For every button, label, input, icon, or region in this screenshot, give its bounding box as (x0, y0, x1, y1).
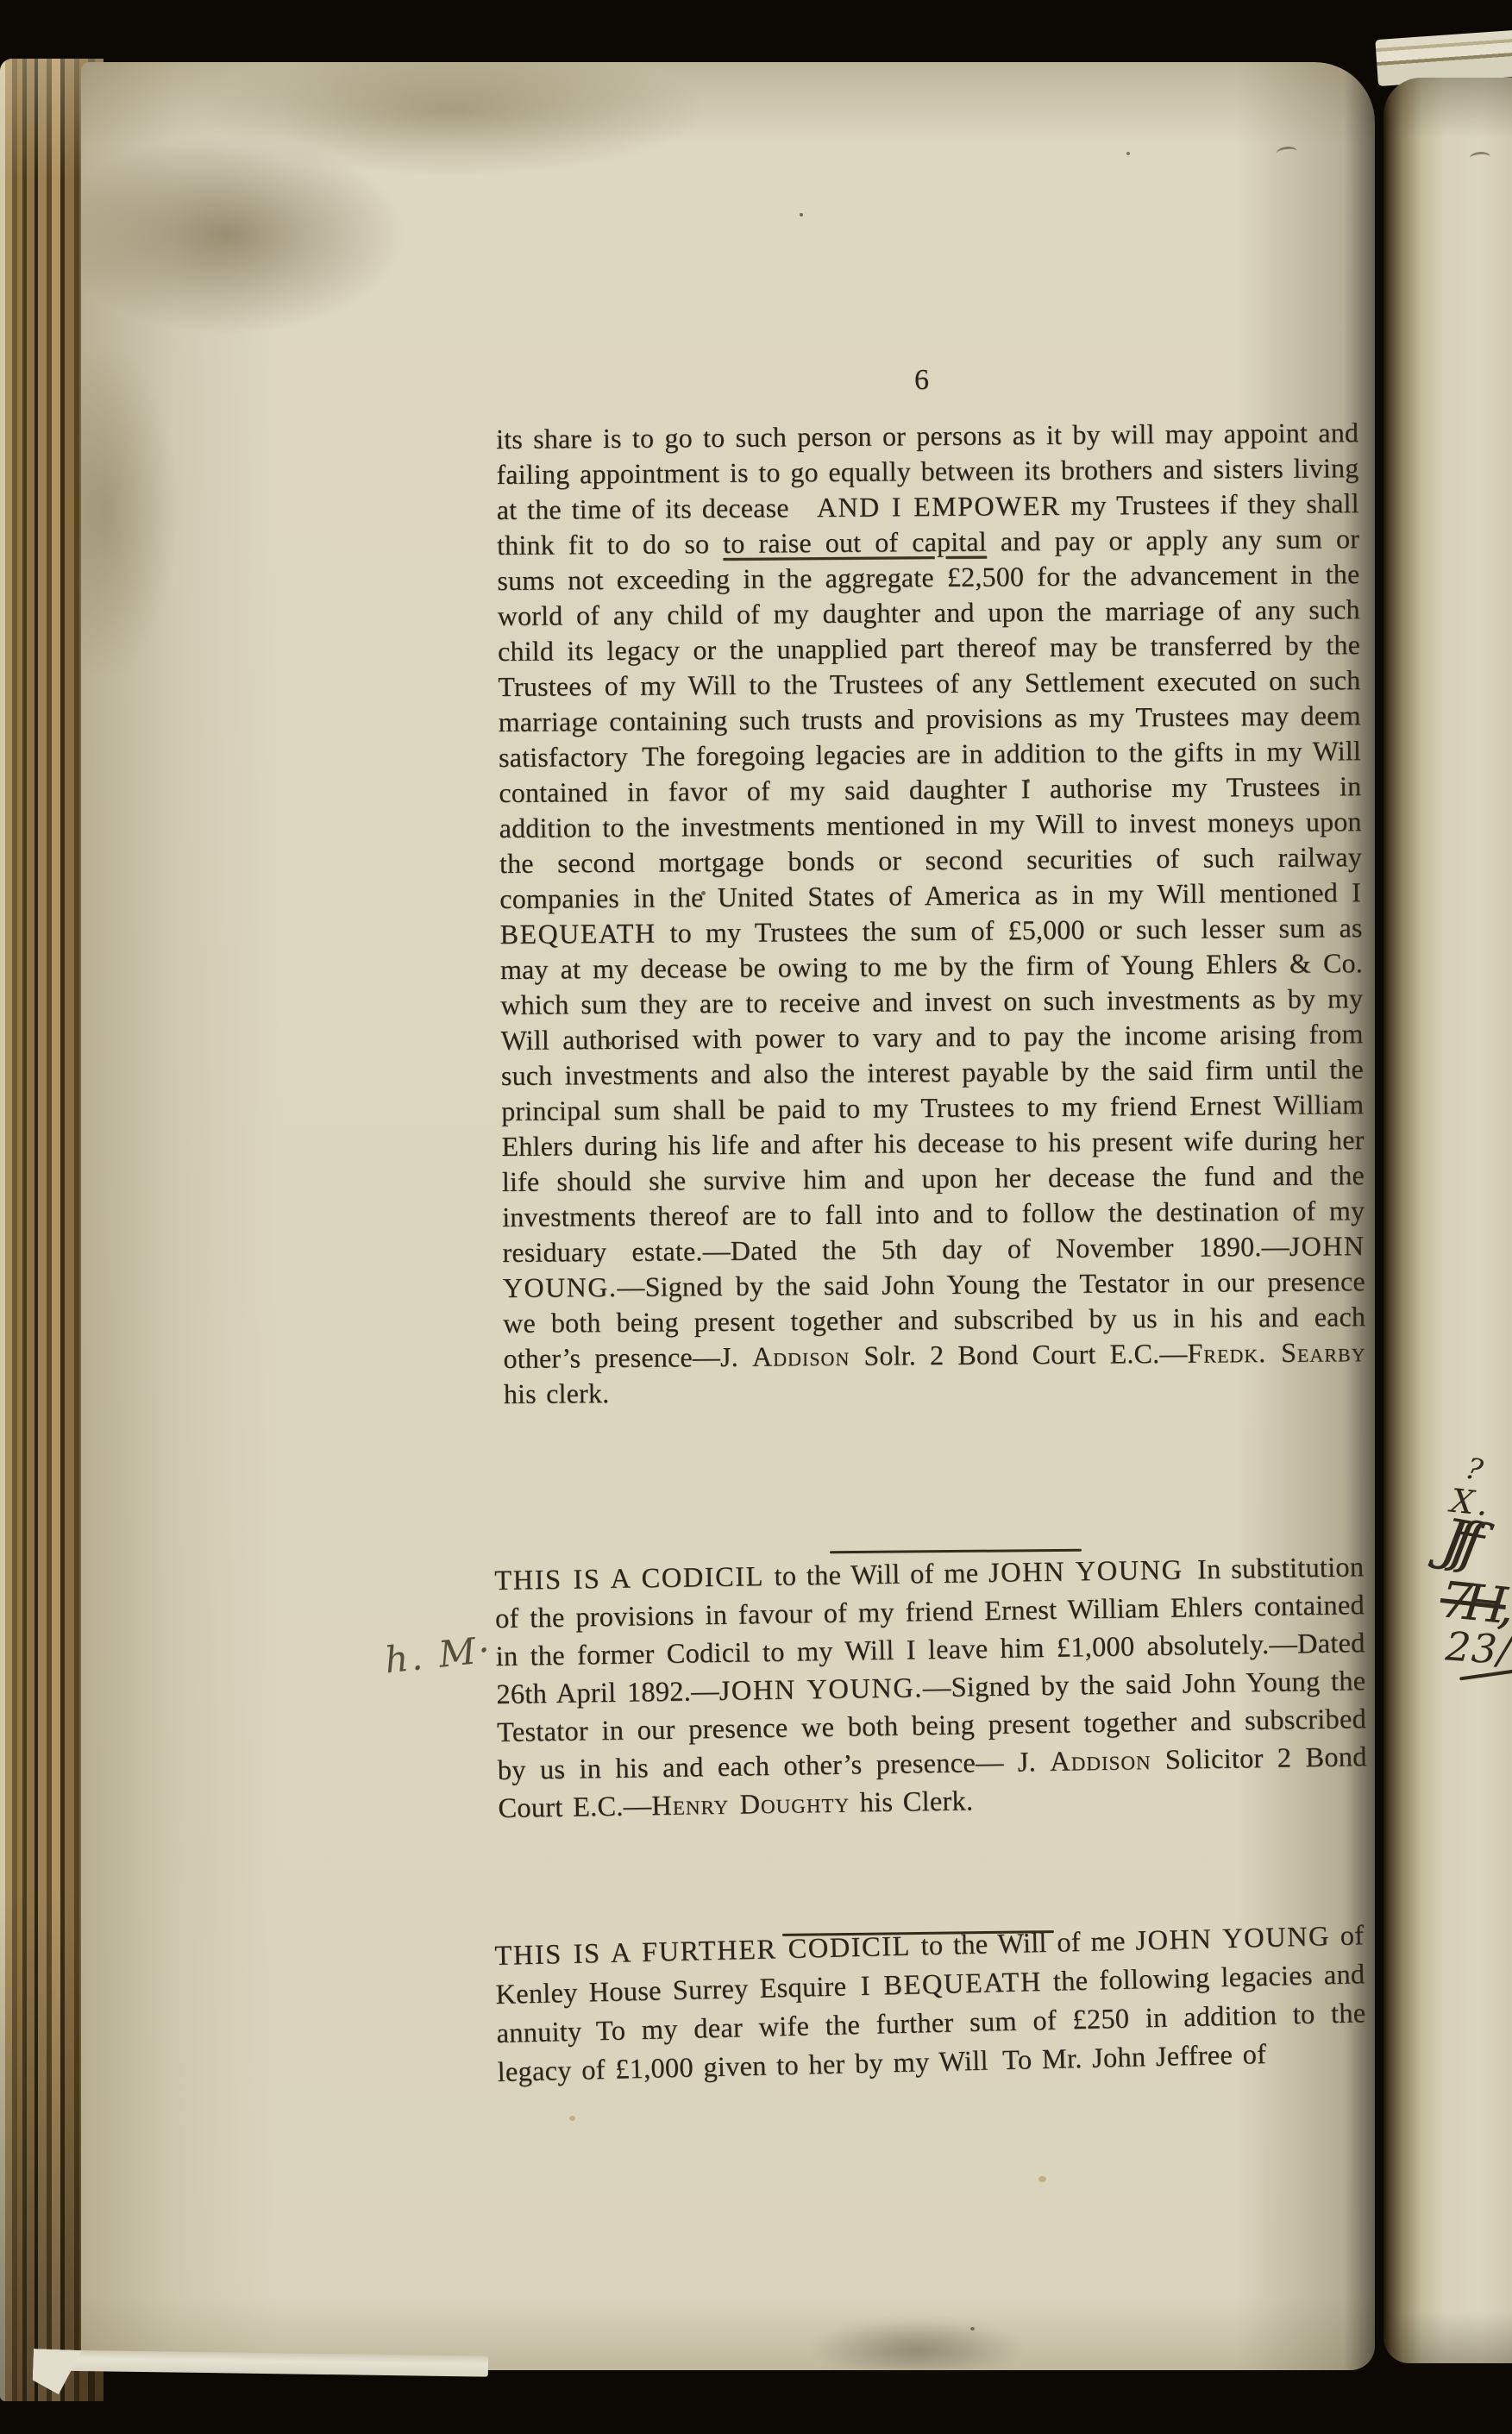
paper-speck (557, 1775, 561, 1778)
paper-speck (1126, 152, 1130, 155)
caps-phrase: JOHN YOUNG (988, 1554, 1183, 1589)
paper-speck (800, 213, 803, 216)
caps-phrase: JOHN YOUNG (1135, 1921, 1331, 1956)
will-paragraph: its share is to go to such person or per… (496, 415, 1366, 1412)
small-caps-name: Addison (1050, 1745, 1151, 1778)
small-caps-name: Fredk. Searby (1187, 1336, 1365, 1369)
caps-phrase: THIS IS A FURTHER CODICIL (494, 1931, 911, 1972)
small-caps-name: Addison (752, 1340, 850, 1372)
handwritten-margin-note: h. M· (383, 1628, 495, 1682)
paper-speck (1026, 779, 1030, 783)
caps-phrase: JOHN YOUNG. (718, 1672, 923, 1707)
paper-dent (1276, 146, 1297, 159)
facing-page-fore-edge (1383, 78, 1512, 2363)
codicil-paragraph: THIS IS A CODICIL to the Will of me JOHN… (494, 1548, 1368, 1828)
text-segment: and pay or apply any sum or sums not exc… (497, 523, 1362, 914)
text-segment: his clerk. (504, 1377, 610, 1409)
margin-mark-number: 23/ (1444, 1622, 1512, 1673)
underlined-phrase: to raise out of capital (723, 526, 987, 559)
caps-phrase: THIS IS A CODICIL (494, 1561, 764, 1597)
text-segment: to my Trustees the sum of £5,000 or such… (500, 912, 1365, 1268)
caps-phrase: AND I EMPOWER (817, 490, 1061, 523)
scanned-page: 6 its share is to go to such person or p… (81, 62, 1375, 2370)
page-number: 6 (914, 364, 929, 397)
further-codicil-paragraph: THIS IS A FURTHER CODICIL to the Will of… (494, 1916, 1367, 2092)
text-segment: Solr. 2 Bond Court E.C.— (850, 1338, 1188, 1371)
text-segment: to the Will of me (764, 1558, 989, 1592)
text-segment: his Clerk. (850, 1785, 974, 1818)
book-scan-photo: 6 its share is to go to such person or p… (0, 0, 1512, 2434)
caps-phrase: I BEQUEATH (860, 1967, 1042, 2002)
bottom-edge-smudge (809, 2318, 1025, 2370)
small-caps-name: Henry Doughty (651, 1788, 850, 1822)
paper-speck (608, 1042, 612, 1045)
paper-freckle (1038, 2176, 1046, 2182)
paper-speck (701, 891, 706, 895)
paper-freckle (569, 2116, 575, 2121)
